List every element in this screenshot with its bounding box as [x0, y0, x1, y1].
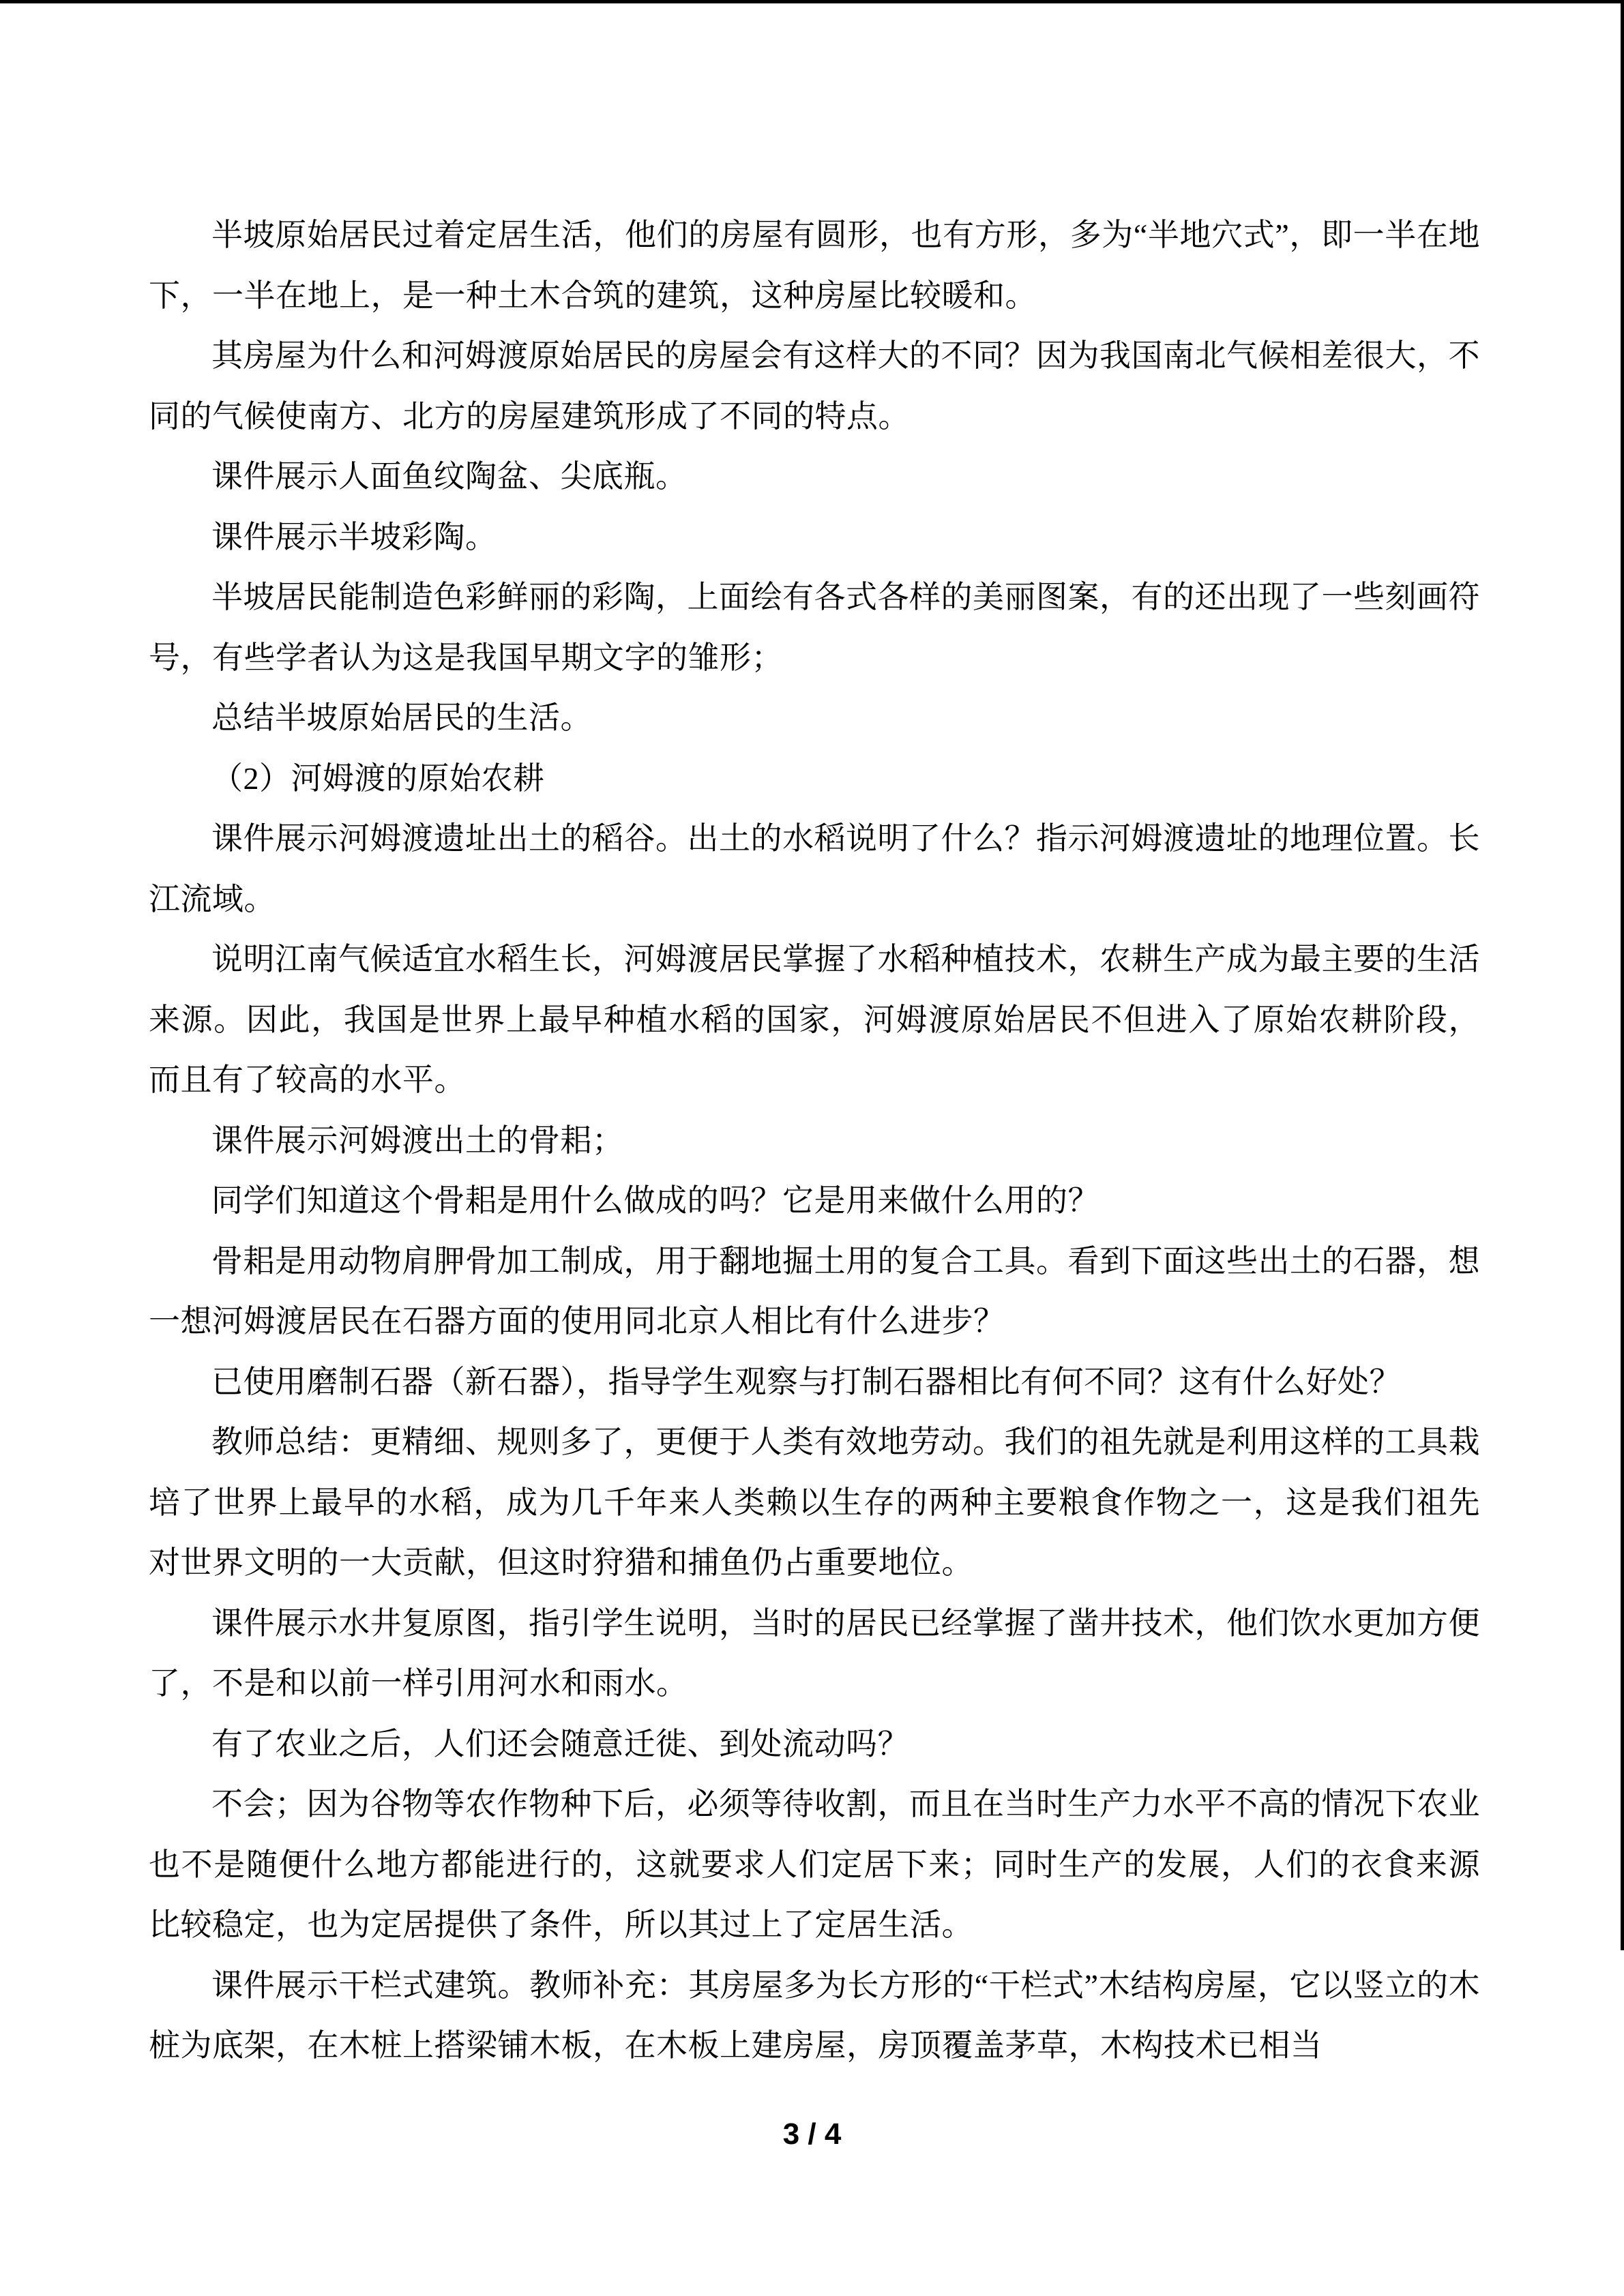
paragraph: 教师总结：更精细、规则多了，更便于人类有效地劳动。我们的祖先就是利用这样的工具栽…	[149, 1412, 1480, 1594]
paragraph: 其房屋为什么和河姆渡原始居民的房屋会有这样大的不同？因为我国南北气候相差很大，不…	[149, 326, 1480, 447]
paragraph: 骨耜是用动物肩胛骨加工制成，用于翻地掘土用的复合工具。看到下面这些出土的石器，想…	[149, 1232, 1480, 1352]
paragraph: 课件展示人面鱼纹陶盆、尖底瓶。	[149, 447, 1480, 507]
document-body: 半坡原始居民过着定居生活，他们的房屋有圆形，也有方形，多为“半地穴式”，即一半在…	[149, 205, 1480, 2076]
paragraph: 总结半坡原始居民的生活。	[149, 688, 1480, 749]
page-number: 3 / 4	[0, 2117, 1624, 2151]
paragraph-section-heading: （2）河姆渡的原始农耕	[149, 749, 1480, 809]
paragraph: 课件展示河姆渡出土的骨耜；	[149, 1111, 1480, 1172]
paragraph: 同学们知道这个骨耜是用什么做成的吗？它是用来做什么用的？	[149, 1171, 1480, 1232]
paragraph: 课件展示水井复原图，指引学生说明，当时的居民已经掌握了凿井技术，他们饮水更加方便…	[149, 1594, 1480, 1714]
document-page: 半坡原始居民过着定居生活，他们的房屋有圆形，也有方形，多为“半地穴式”，即一半在…	[0, 0, 1624, 2296]
paragraph: 半坡居民能制造色彩鲜丽的彩陶，上面绘有各式各样的美丽图案，有的还出现了一些刻画符…	[149, 567, 1480, 688]
paragraph: 课件展示干栏式建筑。教师补充：其房屋多为长方形的“干栏式”木结构房屋，它以竖立的…	[149, 1956, 1480, 2076]
scan-edge-right	[1621, 0, 1624, 1950]
paragraph: 有了农业之后，人们还会随意迁徙、到处流动吗？	[149, 1714, 1480, 1775]
paragraph: 不会；因为谷物等农作物种下后，必须等待收割，而且在当时生产力水平不高的情况下农业…	[149, 1774, 1480, 1956]
paragraph: 已使用磨制石器（新石器），指导学生观察与打制石器相比有何不同？这有什么好处？	[149, 1352, 1480, 1413]
paragraph: 课件展示半坡彩陶。	[149, 507, 1480, 568]
paragraph: 半坡原始居民过着定居生活，他们的房屋有圆形，也有方形，多为“半地穴式”，即一半在…	[149, 205, 1480, 326]
paragraph: 课件展示河姆渡遗址出土的稻谷。出土的水稻说明了什么？指示河姆渡遗址的地理位置。长…	[149, 809, 1480, 929]
scan-edge-top	[0, 0, 1624, 3]
paragraph: 说明江南气候适宜水稻生长，河姆渡居民掌握了水稻种植技术，农耕生产成为最主要的生活…	[149, 929, 1480, 1111]
